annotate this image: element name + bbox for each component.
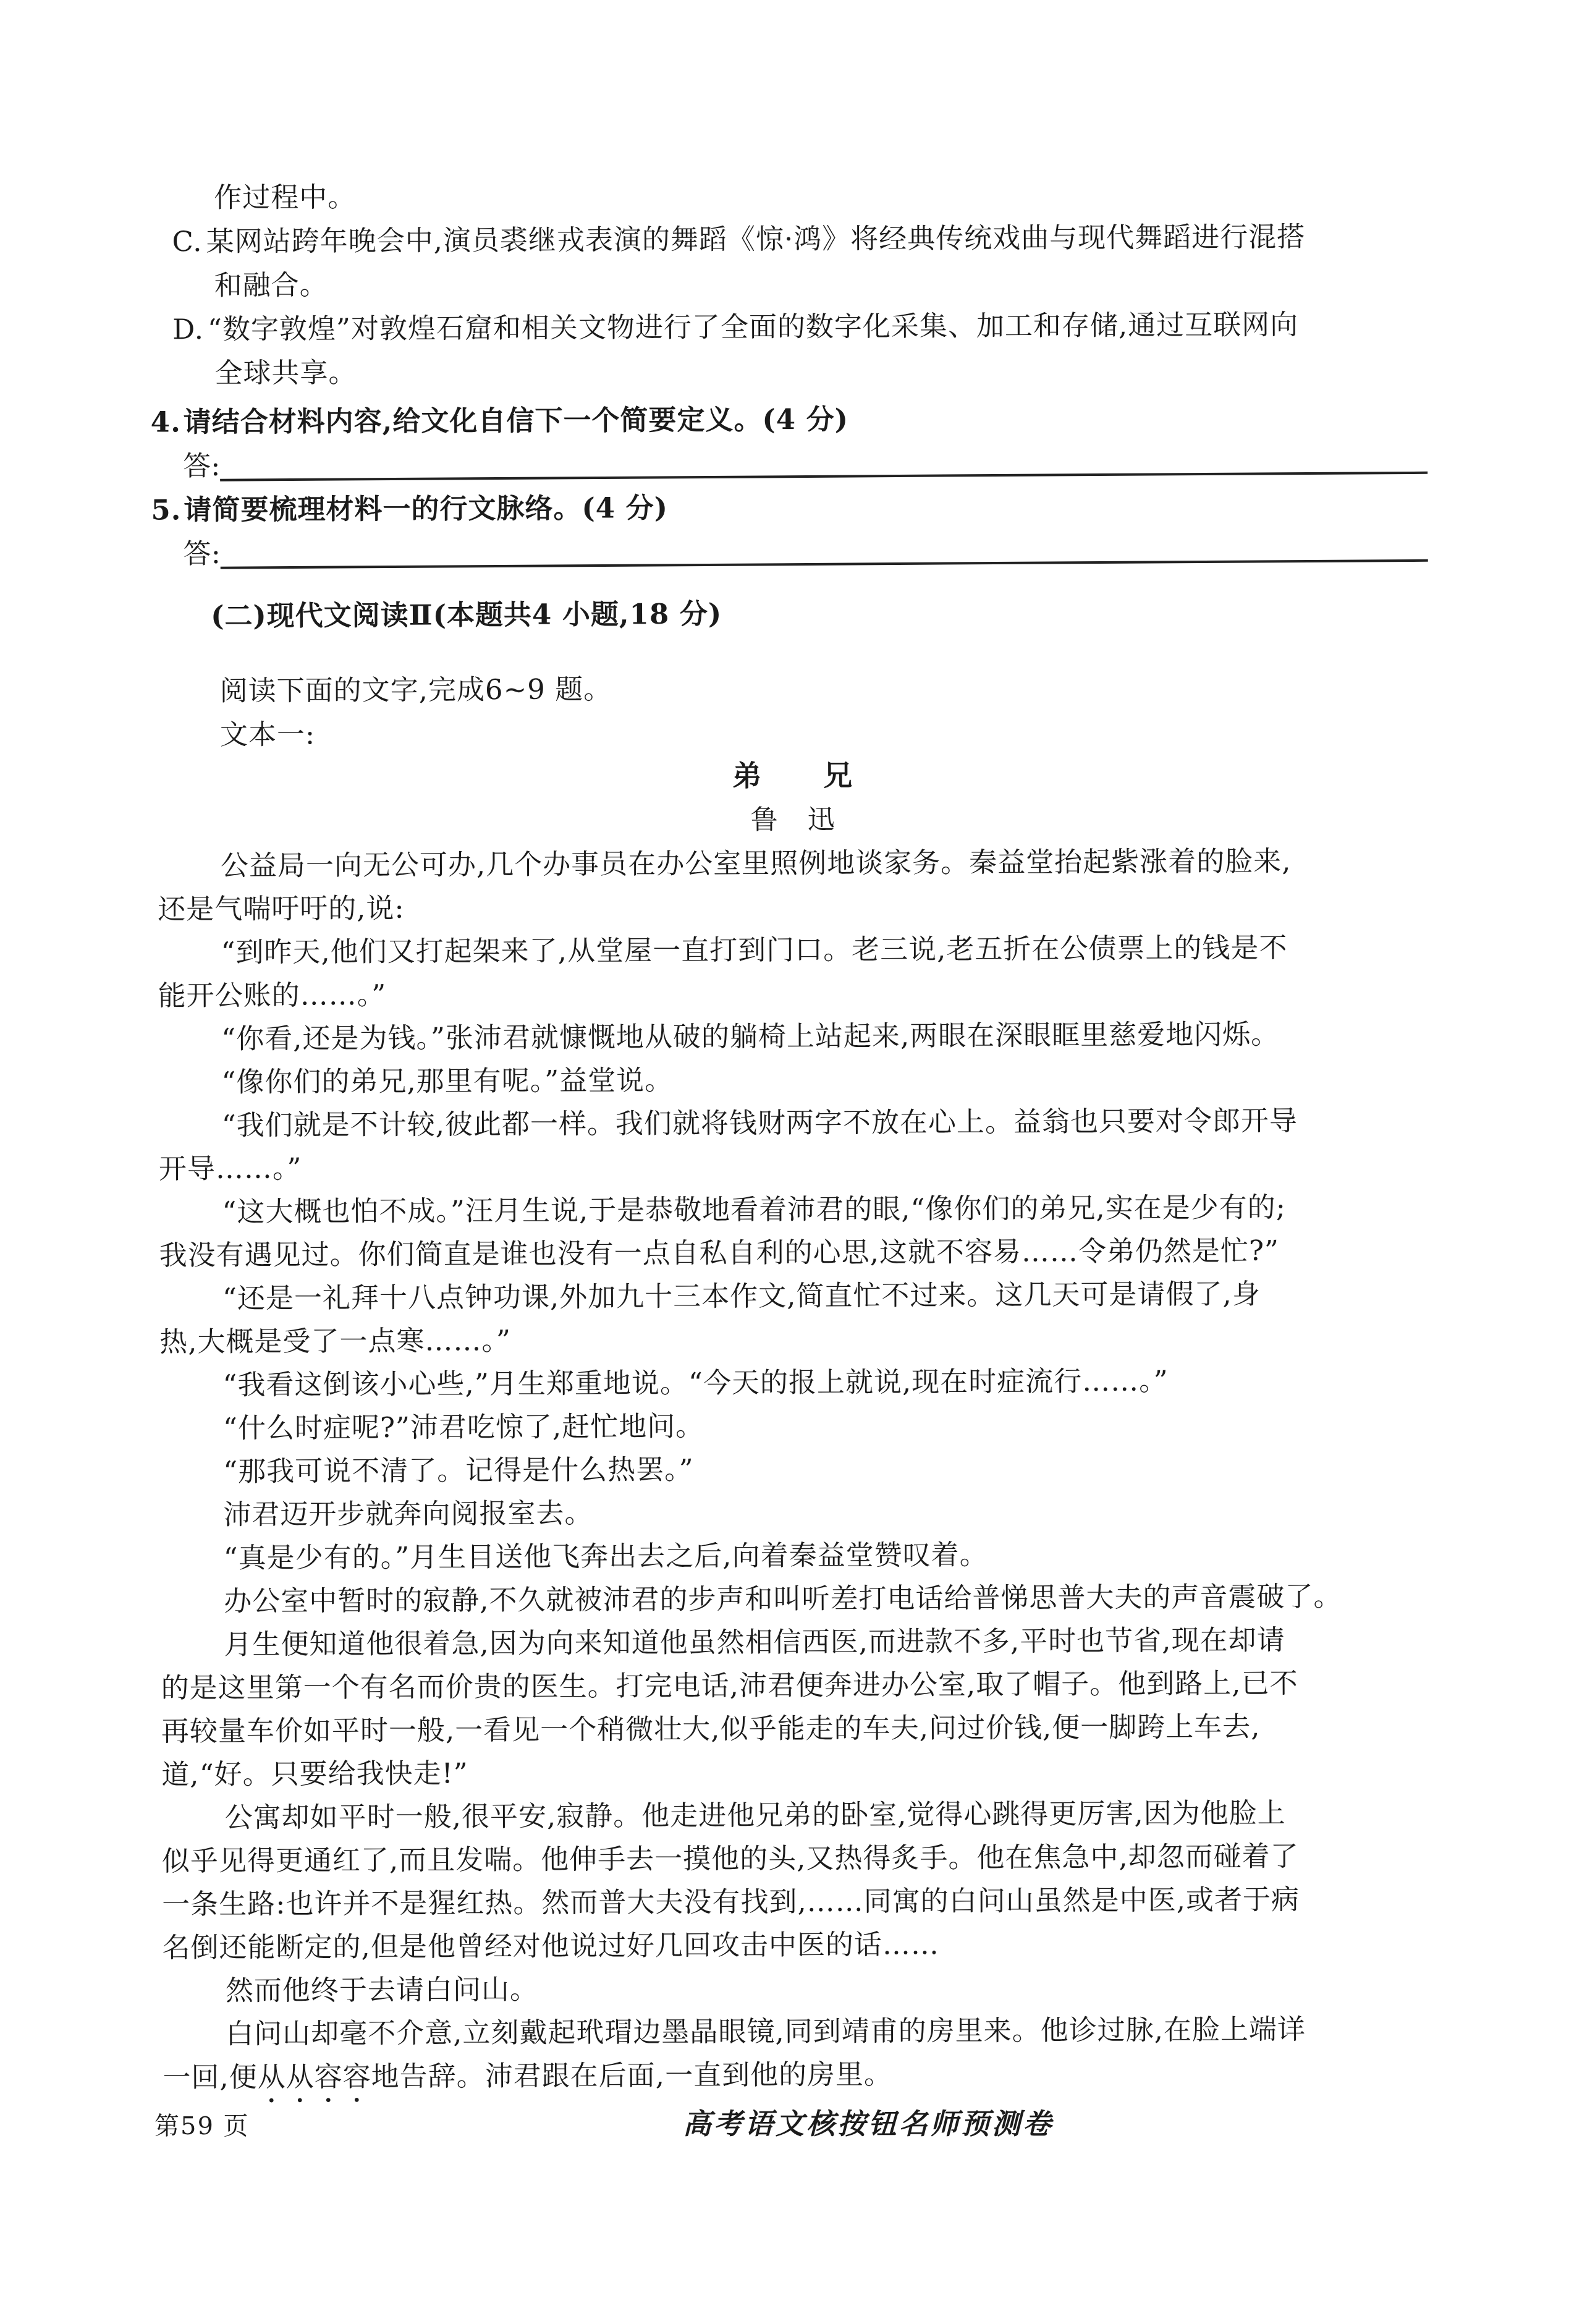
story-line: 热,大概是受了一点寒……。”: [159, 1315, 1431, 1363]
story-line: 月生便知道他很着急,因为向来知道他虽然相信西医,而进款不多,平时也节省,现在却请: [161, 1618, 1432, 1666]
option-c-line1: C.某网站跨年晚会中,演员裘继戎表演的舞蹈《惊·鸿》将经典传统戏曲与现代舞蹈进行…: [154, 214, 1426, 264]
story-line: “像你们的弟兄,那里有呢。”益堂说。: [158, 1055, 1430, 1104]
story-line: “你看,还是为钱。”张沛君就慷慨地从破的躺椅上站起来,两眼在深眼眶里慈爱地闪烁。: [158, 1012, 1430, 1061]
question-4-answer-row: 答:: [156, 439, 1428, 488]
reading-instruction: 阅读下面的文字,完成6~9 题。: [156, 664, 1428, 713]
option-d-label: D.: [172, 313, 208, 346]
story-line: 公益局一向无公可办,几个办事员在办公室里照例地谈家务。秦益堂抬起紫涨着的脸来,: [158, 839, 1429, 888]
story-body: 公益局一向无公可办,几个办事员在办公室里照例地谈家务。秦益堂抬起紫涨着的脸来, …: [158, 839, 1435, 2099]
option-c-label: C.: [172, 225, 206, 258]
question-4-number: 4.: [151, 405, 184, 438]
question-4-text: 请结合材料内容,给文化自信下一个简要定义。(4 分): [184, 403, 848, 439]
story-line: “什么时症呢?”沛君吃惊了,赶忙地问。: [160, 1401, 1432, 1450]
story-title: 弟 兄: [157, 752, 1429, 801]
question-5-number: 5.: [151, 493, 184, 526]
text-one-label: 文本一:: [157, 708, 1429, 757]
footer-book-title: 高考语文核按钮名师预测卷: [683, 2101, 1054, 2142]
question-5-text: 请简要梳理材料一的行文脉络。(4 分): [184, 491, 668, 526]
story-last-line-before: 一回,便: [163, 2061, 258, 2094]
story-line: “真是少有的。”月生目送他飞奔出去之后,向着秦益堂赞叹着。: [161, 1531, 1432, 1580]
option-d-text: “数字敦煌”对敦煌石窟和相关文物进行了全面的数字化采集、加工和存储,通过互联网向: [208, 308, 1299, 346]
story-emphasized-text: 从从容容: [258, 2060, 371, 2093]
story-author: 鲁 迅: [157, 795, 1429, 845]
story-line: 公寓却如平时一般,很平安,寂静。他走进他兄弟的卧室,觉得心跳得更厉害,因为他脸上: [161, 1791, 1433, 1839]
answer-label: 答:: [184, 532, 221, 575]
option-d-line2: 全球共享。: [155, 346, 1427, 396]
story-line: 沛君迈开步就奔向阅报室去。: [160, 1488, 1432, 1537]
story-line: 道,“好。只要给我快走!”: [161, 1747, 1433, 1796]
question-4: 4.请结合材料内容,给文化自信下一个简要定义。(4 分): [151, 395, 1428, 444]
story-line: “我看这倒该小心些,”月生郑重地说。“今天的报上就说,现在时症流行……。”: [159, 1358, 1431, 1407]
story-line: “这大概也怕不成。”汪月生说,于是恭敬地看着沛君的眼,“像你们的弟兄,实在是少有…: [159, 1185, 1431, 1234]
story-line: 开导……。”: [159, 1142, 1431, 1190]
question-5: 5.请简要梳理材料一的行文脉络。(4 分): [151, 483, 1428, 532]
story-line: 白问山却毫不介意,立刻戴起玳瑁边墨晶眼镜,同到靖甫的房里来。他诊过脉,在脸上端详: [163, 2007, 1434, 2056]
story-line: 名倒还能断定的,但是他曾经对他说过好几回攻击中医的话……: [162, 1920, 1434, 1969]
section-heading: (二)现代文阅读Ⅱ(本题共4 小题,18 分): [156, 589, 1428, 638]
story-line: 再较量车价如平时一般,一看见一个稍微壮大,似乎能走的车夫,问过价钱,便一脚跨上车…: [161, 1704, 1433, 1753]
story-line: 的是这里第一个有名而价贵的医生。打完电话,沛君便奔进办公室,取了帽子。他到路上,…: [161, 1661, 1433, 1710]
story-line: 然而他终于去请白问山。: [163, 1964, 1434, 2012]
story-line: “到昨天,他们又打起架来了,从堂屋一直打到门口。老三说,老五折在公债票上的钱是不: [158, 925, 1429, 974]
footer-page-number: 第59 页: [154, 2106, 250, 2142]
story-line: 一条生路:也许并不是猩红热。然而普大夫没有找到,……同寓的白问山虽然是中医,或者…: [162, 1877, 1434, 1926]
answer-label: 答:: [183, 444, 220, 488]
story-last-line-after: 地告辞。沛君跟在后面,一直到他的房里。: [371, 2058, 893, 2093]
exam-page: 作过程中。 C.某网站跨年晚会中,演员裘继戎表演的舞蹈《惊·鸿》将经典传统戏曲与…: [0, 0, 1582, 2324]
story-last-line: 一回,便从从容容地告辞。沛君跟在后面,一直到他的房里。: [163, 2050, 1434, 2099]
option-d-line1: D.“数字敦煌”对敦煌石窟和相关文物进行了全面的数字化采集、加工和存储,通过互联…: [155, 302, 1427, 352]
story-line: 还是气喘吁吁的,说:: [158, 882, 1429, 931]
story-line: 能开公账的……。”: [158, 969, 1430, 1017]
page-content: 作过程中。 C.某网站跨年晚会中,演员裘继戎表演的舞蹈《惊·鸿》将经典传统戏曲与…: [154, 171, 1435, 2100]
story-line: 似乎见得更通红了,而且发喘。他伸手去一摸他的头,又热得炙手。他在焦急中,却忽而碰…: [162, 1834, 1434, 1883]
story-line: 办公室中暂时的寂静,不久就被沛君的步声和叫听差打电话给普悌思普大夫的声音震破了。: [161, 1574, 1432, 1623]
story-line: “那我可说不清了。记得是什么热罢。”: [160, 1444, 1432, 1493]
answer-blank-line: [221, 559, 1428, 569]
story-line: 我没有遇见过。你们简直是谁也没有一点自私自利的心思,这就不容易……令弟仍然是忙?…: [159, 1228, 1431, 1277]
option-c-text: 某网站跨年晚会中,演员裘继戎表演的舞蹈《惊·鸿》将经典传统戏曲与现代舞蹈进行混搭: [206, 220, 1305, 258]
question-5-answer-row: 答:: [156, 527, 1428, 576]
answer-blank-line: [220, 472, 1428, 481]
story-line: “还是一礼拜十八点钟功课,外加九十三本作文,简直忙不过来。这几天可是请假了,身: [159, 1271, 1431, 1320]
option-b-continuation: 作过程中。: [154, 171, 1426, 220]
story-line: “我们就是不计较,彼此都一样。我们就将钱财两字不放在心上。益翁也只要对令郎开导: [159, 1098, 1431, 1147]
option-c-line2: 和融合。: [155, 258, 1427, 308]
